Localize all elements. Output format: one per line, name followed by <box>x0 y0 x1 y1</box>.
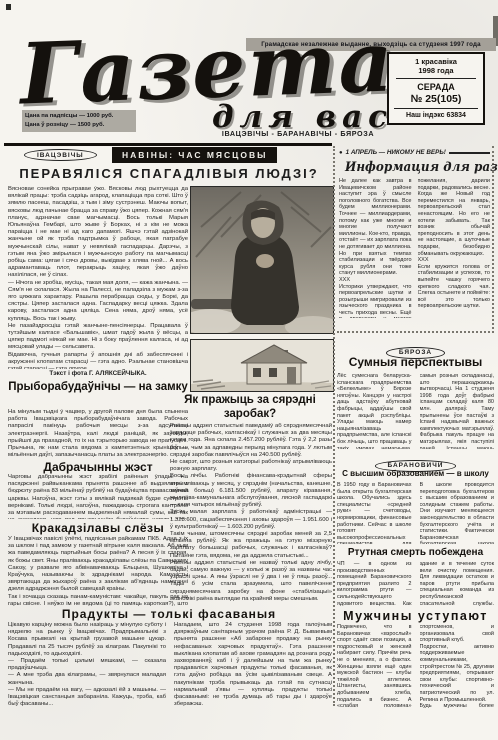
photo-elderly-woman-image <box>191 187 333 333</box>
news-banner: НАВІНЫ: ЧАС МЯСЦОВЫ <box>112 147 277 163</box>
article-title-krakadzil: Кракадзілавы слёзы <box>8 521 188 535</box>
article-title-rtut: Ртутная смерть побеждена <box>337 547 494 558</box>
article-body-zarobak: Раённы аддзел статыстыкі паведаміў аб ся… <box>170 423 332 604</box>
article-columns-adukacyya: В 1950 году в Барановичах была открыта б… <box>337 482 494 544</box>
bullet-icon: ● <box>339 150 343 156</box>
article-title-infarm: Информация для размышления <box>345 160 484 175</box>
april-fools-box: ● 1 АПРЕЛЬ — НИКОМУ НЕ ВЕРЬ! Информация … <box>337 146 494 333</box>
article-columns-sumnyya: Лёс сумеснага беларуска-іспанскага прадп… <box>337 373 494 449</box>
article-title-adukacyya: С высшим образованием — в школу <box>341 468 490 478</box>
article-columns-pradukty: Цікавую карціну можна было назіраць у мі… <box>8 622 332 706</box>
article-columns-infarm: Не далее как завтра в Ивацевичском район… <box>339 178 490 318</box>
article-title-pradukty: Прадукты — толькі фасаваныя <box>6 607 332 621</box>
price-box: Цана па падпісцы — 1000 руб. Цана ў розн… <box>22 110 136 132</box>
april-fools-label: 1 АПРЕЛЬ — НИКОМУ НЕ ВЕРЬ! <box>346 149 446 156</box>
april-fools-header: ● 1 АПРЕЛЬ — НИКОМУ НЕ ВЕРЬ! <box>339 149 490 156</box>
issue-number: № 25(105) <box>394 92 478 109</box>
price-subscription: Цана па падпісцы — 1000 руб. <box>25 112 133 121</box>
article-title-dabra: Дабрачынны жэст <box>8 460 188 474</box>
postal-index: Наш індэкс 63834 <box>389 109 483 123</box>
article-body-sumnyya-col-a: Лёс сумеснага беларуска-іспанскага прадп… <box>337 373 412 449</box>
scan-artifact <box>6 4 11 10</box>
article-body-pradukty-col-b: Нагадаем, што 24 студзеня 1998 года гало… <box>174 622 332 706</box>
article-body-muzhchyny-col-b: спортсменов, и организовала свой спортив… <box>420 624 495 708</box>
article-columns-muzhchyny: Подмечено, что в Барановичах «взрослый» … <box>337 624 494 708</box>
article-body-adukacyya-col-a: В 1950 году в Барановичах была открыта б… <box>337 482 412 544</box>
price-retail: Цана ў розніцу — 1500 руб. <box>25 121 133 130</box>
article-title-prybor: Прыборабудаўнічы — на замку <box>8 381 188 395</box>
article-body-rtut-col-a: ЧП — в одном из производственных помещен… <box>337 561 412 606</box>
regions-line: ІВАЦЭВІЧЫ - БАРАНАВІЧЫ - БЯРОЗА <box>210 129 386 138</box>
article-title-peravyalisya: ПЕРАВЯЛІСЯ СПАГАДЛІВЫЯ ЛЮДЗІ? <box>6 166 332 181</box>
photo-village-house <box>190 339 334 392</box>
article-body-adukacyya-col-b: В школе проводится переподготовка бухгал… <box>420 482 495 544</box>
article-body-infarm-col-a: Не далее как завтра в Ивацевичском район… <box>339 178 412 318</box>
article-title-zarobak: Як пражыць за сярэдні заробак? <box>168 393 332 422</box>
article-body-pradukty-col-a: Цікавую карціну можна было назіраць у мі… <box>8 622 166 706</box>
article-body-dabra: Чарговы дабрачынны жэст зрабілі раённыя … <box>8 474 188 519</box>
header-rule <box>449 152 490 154</box>
issue-year: 1998 года <box>396 66 476 79</box>
section-badge-ivatsevichy: ІВАЦЭВІЧЫ <box>24 149 97 161</box>
article-title-sumnyya: Сумныя перспектывы <box>337 355 494 369</box>
article-title-muzhchyny: Мужчины уступают <box>337 609 494 623</box>
article-credit-peravyalisya: Тэкст і фота Г. АЛЯКСЕЙЧЫКА. <box>8 370 188 377</box>
masthead-rule <box>4 143 332 146</box>
newspaper-page: Грамадскае незалежнае выданне, выходзіць… <box>0 0 498 740</box>
article-body-muzhchyny-col-a: Подмечено, что в Барановичах «взрослый» … <box>337 624 412 708</box>
issue-date: 1 красавіка <box>389 54 483 66</box>
article-columns-rtut: ЧП — в одном из производственных помещен… <box>337 561 494 606</box>
article-body-infarm-col-b: пожелания, дарили подарки, радовались ве… <box>418 178 491 318</box>
photo-village-house-image <box>191 340 333 391</box>
article-body-krakadzil: У Івацэвічах павіслі ўлёткі, падпісаныя … <box>8 536 188 606</box>
article-body-peravyalisya: Вясновае сонейка прыгравае ўжо. Вясковы … <box>8 186 188 369</box>
article-body-rtut-col-b: здание и в течение суток вели очистку по… <box>420 561 495 606</box>
issue-weekday: СЕРАДА <box>389 79 483 92</box>
article-body-prybor: На мінулым тыдні ў чацвер, у другой пало… <box>8 409 188 458</box>
issue-info-box: 1 красавіка 1998 года СЕРАДА № 25(105) Н… <box>387 52 485 125</box>
article-body-sumnyya-col-b: самыя розныя складанасці, што перашкаджа… <box>420 373 495 449</box>
photo-elderly-woman <box>190 186 334 334</box>
column-divider-dotted <box>333 146 335 706</box>
